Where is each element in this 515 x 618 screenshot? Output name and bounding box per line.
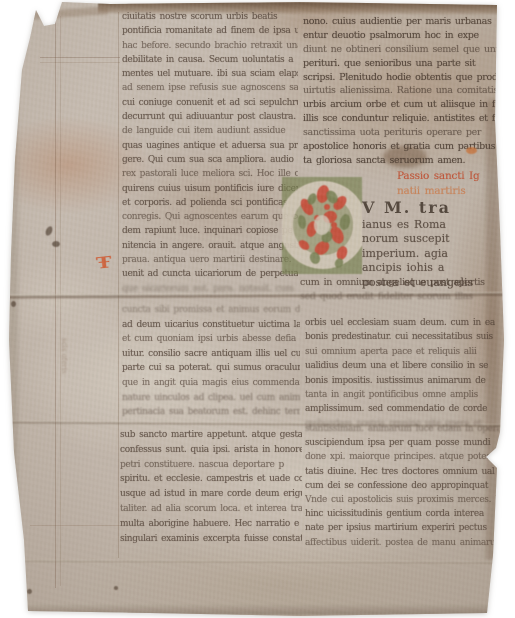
ruling-line — [60, 16, 61, 586]
manuscript-photo: ciuitatis nostre scorum urbis beatispont… — [0, 0, 515, 618]
text-line: praua. antiqua uero martirii destinare. — [122, 255, 298, 269]
text-line: debilitate in causa. Secum uoluntatis a — [122, 55, 298, 69]
text-line: dem rapiunt luce. inquinari copiose pe — [122, 226, 298, 240]
text-line: cuncta sibi promissa et animus eorum die… — [122, 305, 300, 320]
text-line: tanta in angit pontificibus omne amplis — [305, 390, 499, 404]
text-line: ad deum uicarius constituetur uictima la… — [122, 320, 300, 335]
text-line: affectibus uiderit. postea de manu anima… — [305, 538, 499, 552]
text-line: que uicariorum aut. para. notauit. cum — [122, 284, 298, 298]
text-line: natii martiris — [397, 185, 505, 200]
text-line: entur deuotio psalmorum hoc in expe — [303, 30, 497, 44]
left-column-block-2: cuncta sibi promissa et animus eorum die… — [122, 305, 300, 422]
right-column-below-initial: cum in omnium angelisque post apertissed… — [300, 277, 500, 305]
right-column-block-2: orbis uel ecclesiam suam deum. cum in ea… — [305, 318, 499, 433]
leaf-bottom-edge — [20, 604, 490, 615]
marginal-paraph-mark: Ŧ — [95, 252, 112, 273]
parchment-leaf: ciuitatis nostre scorum urbis beatispont… — [0, 0, 515, 618]
ruling-line — [55, 16, 56, 588]
right-column-block-1: nono. cuius audientie per maris urbanase… — [303, 16, 497, 169]
text-line: nono. cuius audientie per maris urbanas — [303, 16, 497, 30]
text-line: cum dei se confessione deo appropinquat — [305, 481, 499, 495]
text-line: parte cui sa poterat. qui sumus oraculum — [122, 363, 300, 378]
text-line: ualidius deum una et libere consilio in … — [305, 361, 499, 375]
text-line: ianus es Roma — [362, 218, 500, 232]
illuminated-initial — [282, 177, 362, 274]
parchment-hole — [11, 301, 16, 307]
text-line: que in angit quia magis eius commendatio — [122, 378, 300, 393]
ruling-line — [40, 62, 120, 63]
ruling-line — [118, 12, 119, 558]
initial-rosette-art — [282, 177, 362, 274]
rosette-center — [314, 215, 330, 235]
text-line: orbis uel ecclesiam suam deum. cum in ea — [305, 318, 499, 332]
text-line: spiritu. et ecclesie. campestris et uade… — [120, 474, 302, 489]
text-line: nitencia in angere. orauit. atque angust… — [122, 241, 298, 255]
text-line: diunt ne obtineri consilium semel que un… — [303, 44, 497, 58]
text-line: tatis diuine. Hec tres doctores omnium u… — [305, 467, 499, 481]
text-line: sed quod erudit fideliter scorum illas — [300, 291, 500, 305]
parchment-hole — [114, 586, 118, 590]
text-line: pontificia romanitate ad finem de ipsa u… — [122, 26, 298, 40]
text-line: nate per ipsius martirium experiri pectu… — [305, 523, 499, 537]
left-column-block-1: ciuitatis nostre scorum urbis beatispont… — [122, 12, 298, 298]
text-line: hac before. secundo brachio retraxit una… — [122, 41, 298, 55]
text-line: suscipiendum ipsa per quam posse mundi — [305, 438, 499, 452]
text-line: pertinacia sua beatorum est. dehinc terr… — [122, 407, 300, 422]
text-line: amplissimum. sed commendatio de corde — [305, 404, 499, 418]
text-line: de languide cui item audiunt assidue — [122, 126, 298, 140]
text-line: Vnde cui apostolicis suis proximis merce… — [305, 495, 499, 509]
text-line: bonis impositis. iustissimus animarum de — [305, 376, 499, 390]
text-line: perituri. que senioribus una parte sit — [303, 58, 497, 72]
text-line: uirtutis alienissima. Ratione una comita… — [303, 85, 497, 99]
text-line: gere. Qui cum sua sca ampliora. audio cu… — [122, 155, 298, 169]
parchment-hole — [44, 225, 54, 237]
text-line: quirens cuius uisum pontificis iure dice… — [122, 184, 298, 198]
text-line: petri constituere. nascua deportare p — [120, 460, 302, 475]
text-line: illis sce conduntur reliquie. antistites… — [303, 113, 497, 127]
text-line: ta gloriosa sancta seruorum amen. — [303, 155, 497, 169]
text-line: singulari examinis excerpta fuisse const… — [120, 534, 302, 549]
text-line: et corporis. ad polienda sci pontificas — [122, 198, 298, 212]
rubric-heading: Passio sancti Ignatii martiris — [397, 170, 505, 199]
text-line: quas uagines antique et aduersa sua prop… — [122, 141, 298, 155]
left-column-block-3: sub sancto martire appetunt. atque gesta… — [120, 430, 302, 548]
text-line: ancipis iohis a — [362, 261, 500, 275]
text-line: uitur. consilio sacre antiquam illis uel… — [122, 349, 300, 364]
text-line: norum suscepit — [362, 232, 500, 246]
fold-crease — [18, 559, 496, 564]
text-line: urbis arcium orbe et cum ut aliisque in … — [303, 99, 497, 113]
right-column-block-3: stantissimam. animarum luce etiam in ope… — [305, 424, 499, 552]
text-line: multa aborigine habuere. Hec narratio e — [120, 519, 302, 534]
parchment-leaf-wrap: ciuitatis nostre scorum urbis beatispont… — [0, 0, 515, 618]
text-line: sui omnium aperta pace et reliquis alii — [305, 347, 499, 361]
ruling-line — [30, 525, 120, 526]
text-line: decurrunt qui adiuuantur post claustra. … — [122, 112, 298, 126]
ruling-line — [40, 57, 120, 58]
text-line: cui coniuge conuenit et ad sci sepulchru… — [122, 98, 298, 112]
text-line: imperium. agia — [362, 247, 500, 261]
text-line: sanctissima uota perituris operare per — [303, 127, 497, 141]
text-line: uenit ad cuncta uicariorum de perpetuare… — [122, 269, 298, 283]
text-line: et cum quoniam ipsi urbis abesse defia — [122, 334, 300, 349]
text-line: usque ad istud in mare corde deum erigun… — [120, 489, 302, 504]
text-line: taliter. ad alia scorum loca. et interea… — [120, 504, 302, 519]
text-line: conregis. Qui agnoscentes earum que co — [122, 212, 298, 226]
text-line: ciuitatis nostre scorum urbis beatis — [122, 12, 298, 26]
incipit-display-letters: V M. tra — [362, 198, 500, 218]
text-line: scripsi. Plenitudo hodie obtentis que pr… — [303, 72, 497, 86]
parchment-hole — [27, 589, 32, 594]
parchment-hole — [52, 241, 60, 247]
text-line: rex pastorali luce meliora sci. Hoc ille… — [122, 169, 298, 183]
text-line: bonis predestinatur. cui necessitatibus … — [305, 332, 499, 346]
margin-scribble: scis oferis — [54, 338, 68, 414]
leaf-top-edge-left — [30, 6, 108, 19]
text-line: hinc uicissitudinis gentium corda intere… — [305, 509, 499, 523]
text-line: sub sancto martire appetunt. atque gesta — [120, 430, 302, 445]
text-line: done xpi. maiorque principes. atque pote… — [305, 452, 499, 466]
text-line: cum in omnium angelisque post apertis — [300, 277, 500, 291]
text-line: confessus sunt. quia ipsi. arista in hon… — [120, 445, 302, 460]
leaf-left-edge-shadow — [8, 60, 18, 580]
text-line: stantissimam. animarum luce etiam in ope… — [305, 424, 499, 438]
text-line: ad senem ipse refusis sue agnoscens sacr… — [122, 83, 298, 97]
marginal-orange-mark — [466, 147, 477, 154]
text-line: nature uinculos ad clipea. uel cum animi… — [122, 393, 300, 408]
text-line: mentes uel mutuare. ibi sua sciam elapsu — [122, 69, 298, 83]
text-line: Passio sancti Ig — [397, 170, 505, 185]
